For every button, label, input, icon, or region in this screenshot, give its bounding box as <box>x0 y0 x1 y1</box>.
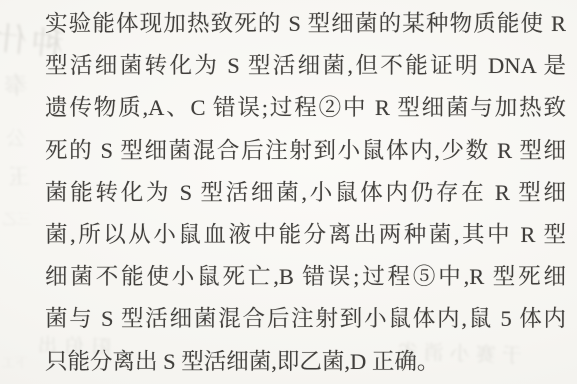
bleedthrough-mark: 玉 <box>7 159 31 191</box>
text-line-2: 型活细菌转化为 S 型活细菌,但不能证明 DNA 是 <box>45 45 566 87</box>
scanned-document-page: 实验能体现加热致死的 S 型细菌的某种物质能使 R 型活细菌转化为 S 型活细菌… <box>0 0 577 384</box>
text-line-3: 遗传物质,A、C 错误;过程②中 R 型细菌与加热致 <box>45 87 566 129</box>
text-line-6: 菌,所以从小鼠血液中能分离出两种菌,其中 R 型 <box>45 214 566 256</box>
text-line-1: 实验能体现加热致死的 S 型细菌的某种物质能使 R <box>45 3 566 45</box>
bleedthrough-mark: 公 <box>6 122 26 151</box>
text-line-9: 只能分离出 S 型活细菌,即乙菌,D 正确。 <box>45 341 566 383</box>
bleedthrough-mark: 奉 <box>3 65 29 102</box>
answer-explanation-text: 实验能体现加热致死的 S 型细菌的某种物质能使 R 型活细菌转化为 S 型活细菌… <box>45 3 566 383</box>
bleedthrough-mark: 下工 <box>2 352 28 371</box>
bleedthrough-mark: 三乙 <box>2 208 32 229</box>
text-line-7: 细菌不能使小鼠死亡,B 错误;过程⑤中,R 型死细 <box>45 256 566 298</box>
text-line-8: 菌与 S 型活细菌混合后注射到小鼠体内,鼠 5 体内 <box>45 298 566 340</box>
text-line-4: 死的 S 型细菌混合后注射到小鼠体内,少数 R 型细 <box>45 130 566 172</box>
text-line-5: 菌能转化为 S 型活细菌,小鼠体内仍存在 R 型细 <box>45 172 566 214</box>
